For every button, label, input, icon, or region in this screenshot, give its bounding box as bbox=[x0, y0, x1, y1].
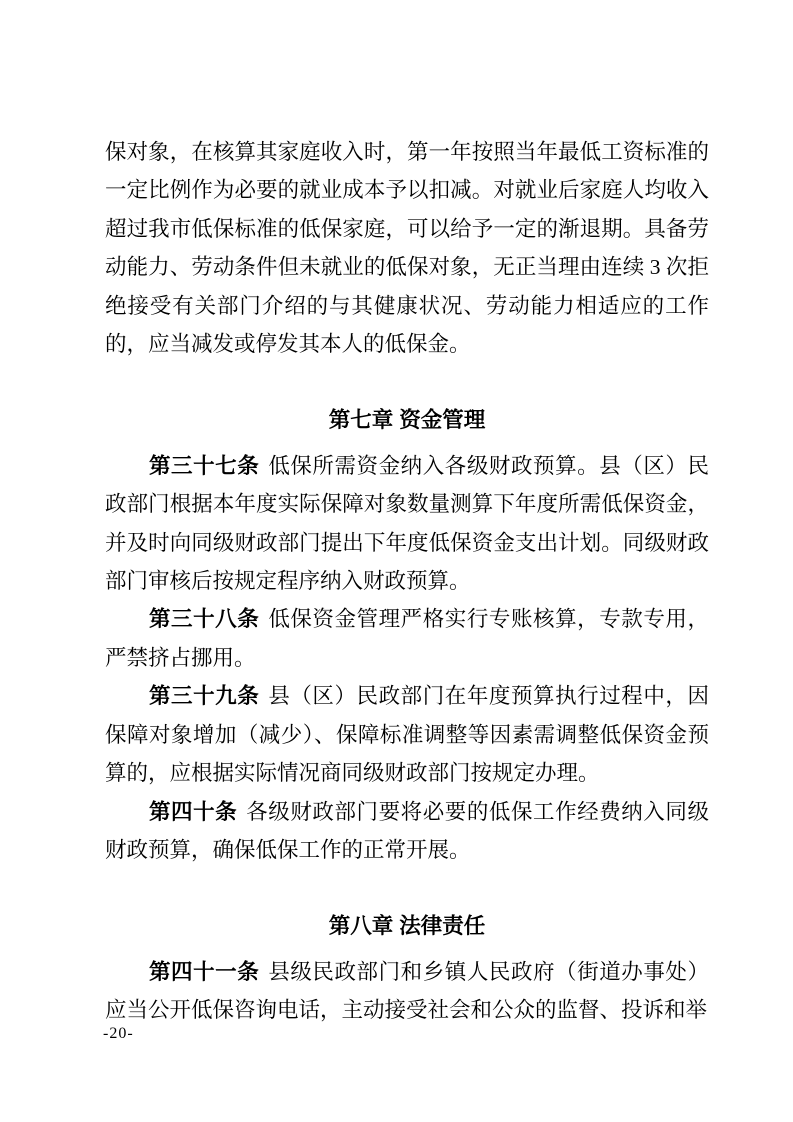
chapter-heading: 第八章 法律责任 bbox=[105, 907, 709, 945]
article-number: 第四十一条 bbox=[149, 960, 259, 984]
document-page: 保对象，在核算其家庭收入时，第一年按照当年最低工资标准的一定比例作为必要的就业成… bbox=[0, 0, 793, 1122]
article-number: 第四十条 bbox=[149, 800, 237, 824]
page-number: -20- bbox=[103, 1024, 134, 1044]
paragraph: 第三十九条县（区）民政部门在年度预算执行过程中，因保障对象增加（减少）、保障标准… bbox=[105, 677, 709, 792]
paragraph: 第四十条各级财政部门要将必要的低保工作经费纳入同级财政预算，确保低保工作的正常开… bbox=[105, 793, 709, 870]
chapter-heading: 第七章 资金管理 bbox=[105, 401, 709, 439]
paragraph: 第三十七条低保所需资金纳入各级财政预算。县（区）民政部门根据本年度实际保障对象数… bbox=[105, 447, 709, 601]
paragraph: 第四十一条县级民政部门和乡镇人民政府（街道办事处）应当公开低保咨询电话，主动接受… bbox=[105, 953, 709, 1030]
paragraph-text: 保对象，在核算其家庭收入时，第一年按照当年最低工资标准的一定比例作为必要的就业成… bbox=[105, 140, 709, 356]
paragraph: 第三十八条低保资金管理严格实行专账核算，专款专用，严禁挤占挪用。 bbox=[105, 600, 709, 677]
paragraph: 保对象，在核算其家庭收入时，第一年按照当年最低工资标准的一定比例作为必要的就业成… bbox=[105, 133, 709, 363]
article-number: 第三十七条 bbox=[149, 454, 259, 478]
article-number: 第三十八条 bbox=[149, 607, 259, 631]
document-body: 保对象，在核算其家庭收入时，第一年按照当年最低工资标准的一定比例作为必要的就业成… bbox=[105, 133, 709, 1030]
article-number: 第三十九条 bbox=[149, 684, 259, 708]
